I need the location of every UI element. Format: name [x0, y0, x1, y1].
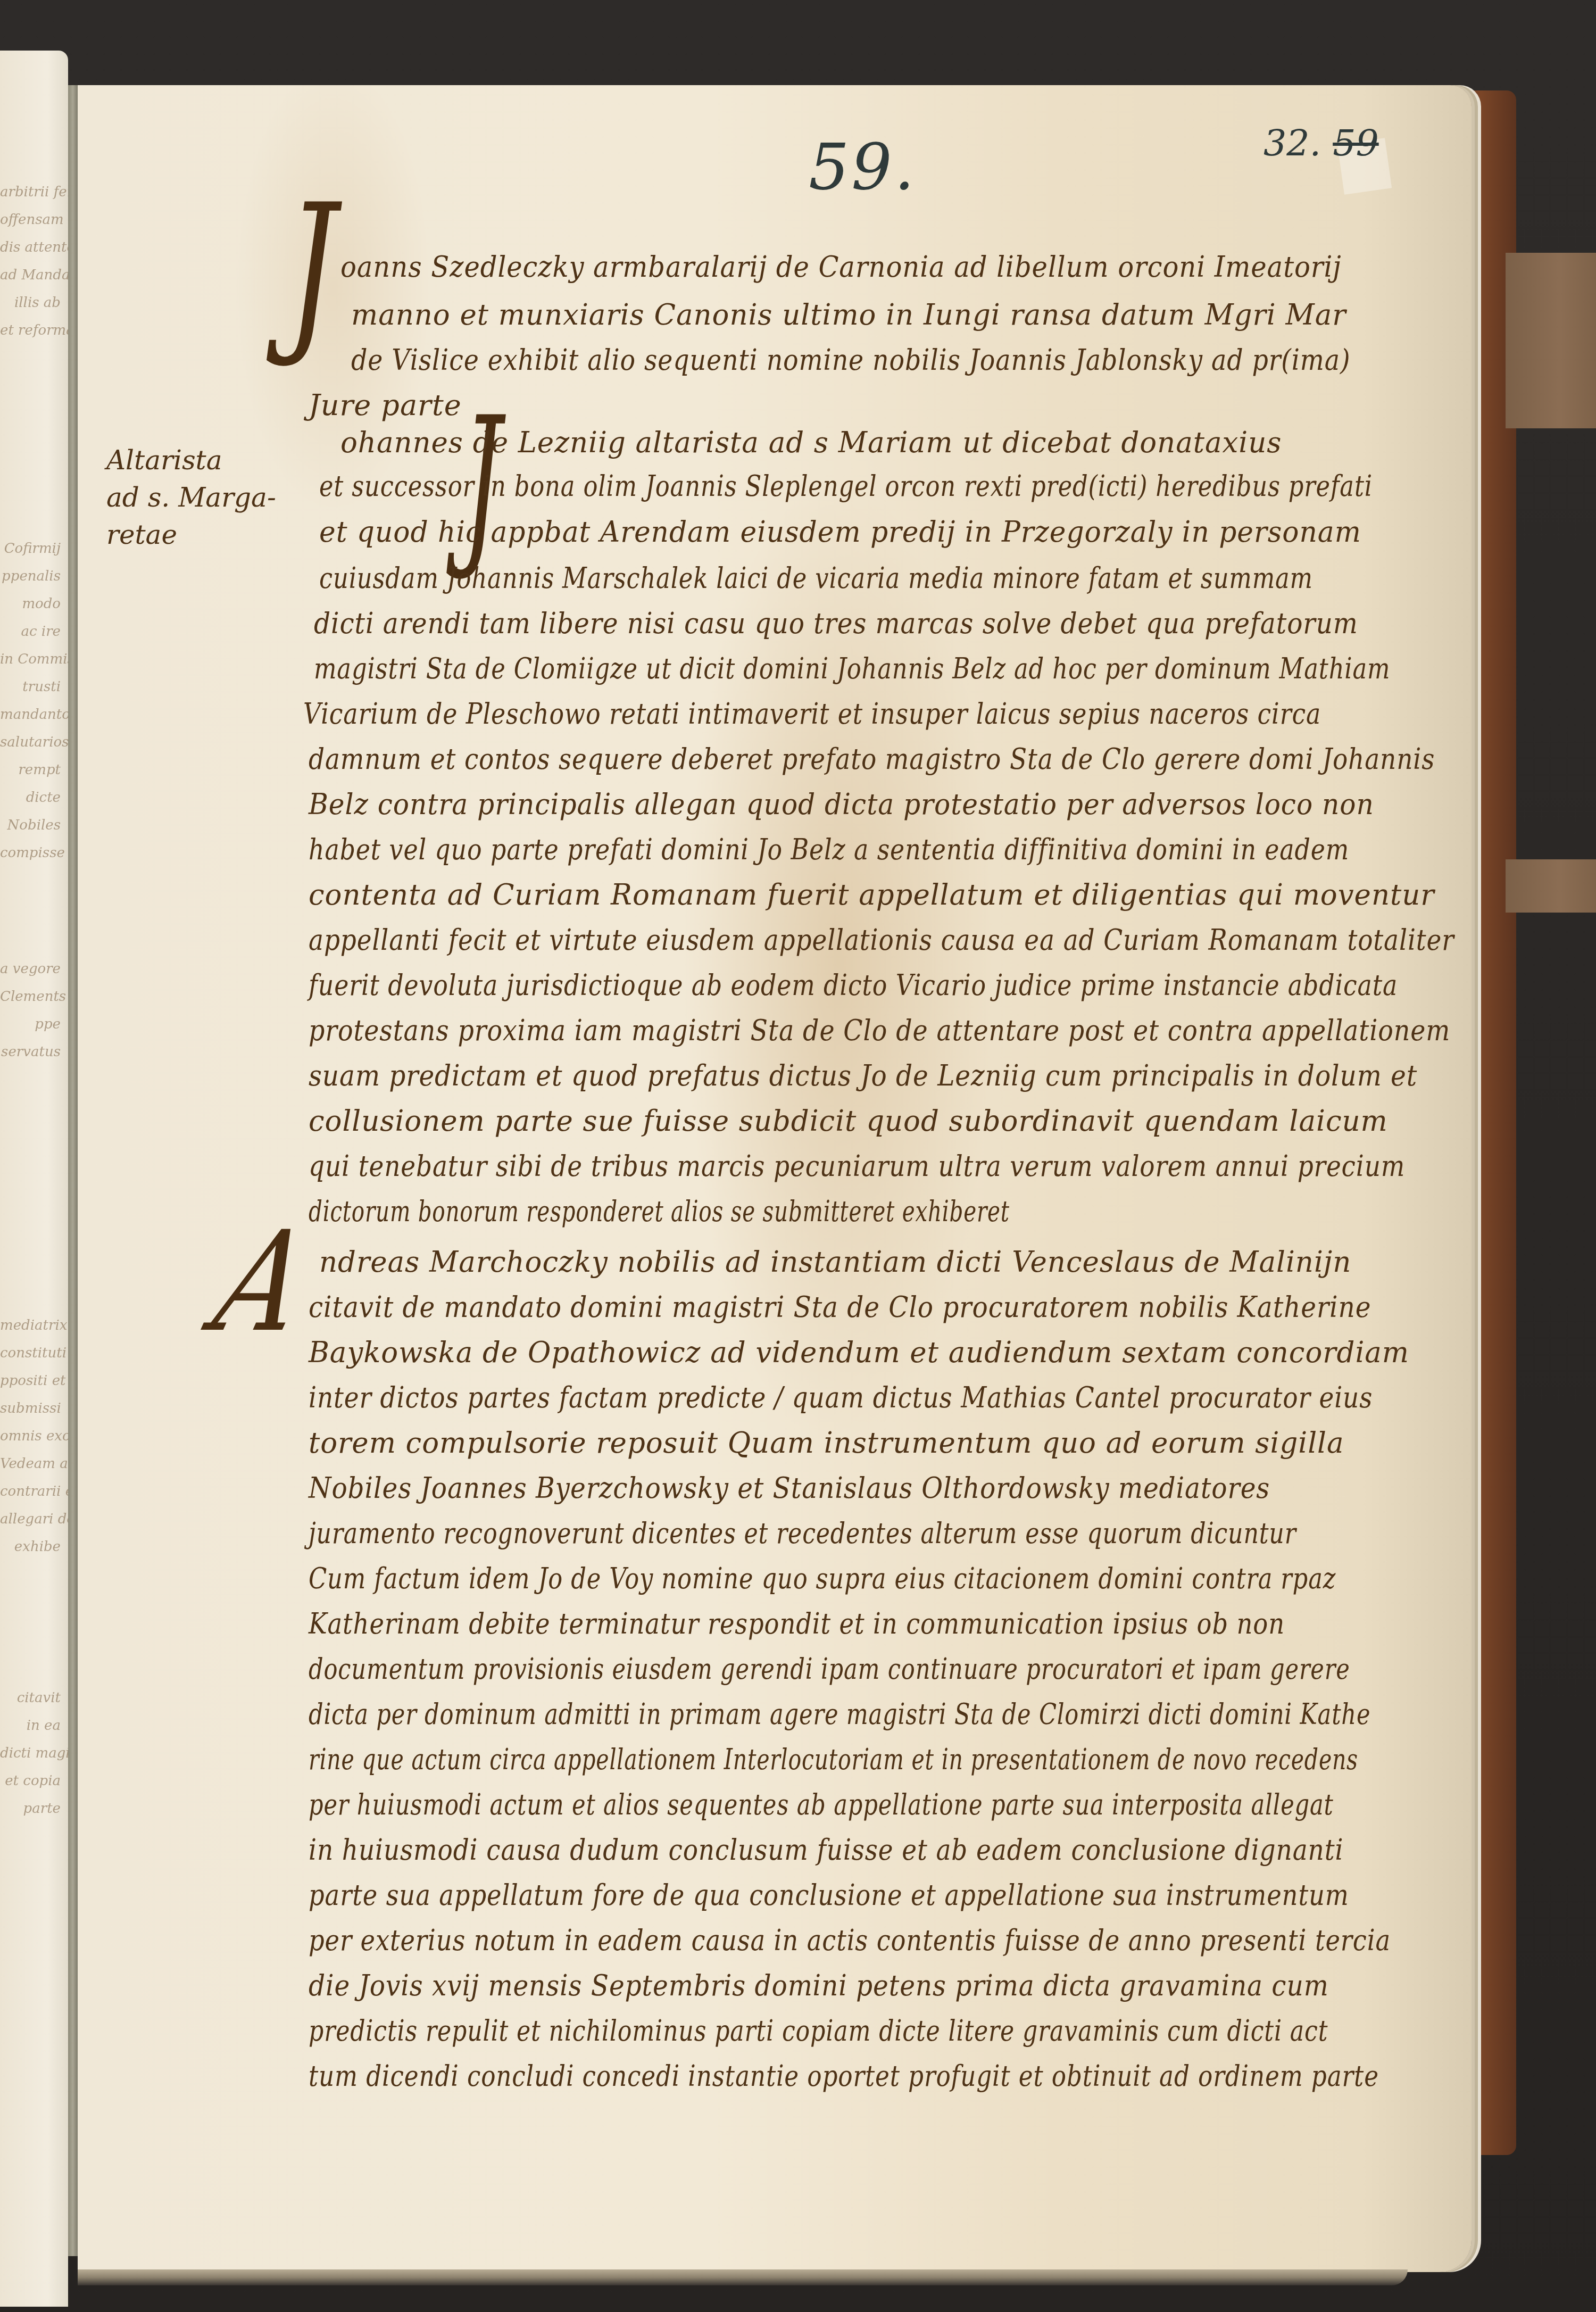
entry-1-line: manno et munxiaris Canonis ultimo in Iun…	[351, 298, 1346, 332]
entry-2-line: damnum et contos sequere deberet prefato…	[309, 742, 1435, 776]
entry-3-line: parte sua appellatum fore de qua conclus…	[309, 1878, 1349, 1912]
entry-2-line: appellanti fecit et virtute eiusdem appe…	[309, 923, 1454, 957]
corner-folio-numbers: 32.59	[1263, 122, 1379, 164]
entry-2-line: dicti arendi tam libere nisi casu quo tr…	[314, 607, 1358, 640]
margin-note: Altarista ad s. Marga- retae	[106, 442, 287, 553]
cloth-tab-upper	[1506, 253, 1596, 428]
entry-2-line: suam predictam et quod prefatus dictus J…	[309, 1059, 1417, 1092]
entry-2-line: cuiusdam Johannis Marschalek laici de vi…	[319, 561, 1313, 595]
entry-2-line: ohannes de Lezniig altarista ad s Mariam…	[340, 426, 1282, 459]
left-page-bleed-foot: citavit in ea dicti magistri et copia pa…	[0, 1684, 68, 1822]
entry-1-initial: J	[287, 181, 337, 357]
page-stack-bottom-edge	[78, 2269, 1408, 2285]
entry-2-line: et quod hic appbat Arendam eiusdem predi…	[319, 515, 1361, 549]
entry-3-line: Nobiles Joannes Byerzchowsky et Stanisla…	[309, 1471, 1270, 1505]
entry-3-line: Katherinam debite terminatur respondit e…	[309, 1607, 1285, 1640]
entry-2-line: et successor in bona olim Joannis Sleple…	[319, 469, 1373, 503]
entry-3-line: per exterius notum in eadem causa in act…	[309, 1924, 1391, 1957]
left-page-bleed-top: arbitrii ferde offensam et dis attento a…	[0, 178, 68, 344]
entry-3-line: die Jovis xvij mensis Septembris domini …	[309, 1969, 1329, 2002]
left-page-edge: arbitrii ferde offensam et dis attento a…	[0, 51, 68, 2307]
cloth-tab-lower	[1506, 859, 1596, 913]
entry-2-line: magistri Sta de Clomiigze ut dicit domin…	[314, 652, 1390, 685]
entry-2-line: qui tenebatur sibi de tribus marcis pecu…	[309, 1149, 1405, 1183]
entry-3-line: predictis repulit et nichilominus parti …	[309, 2014, 1328, 2048]
entry-2-line: contenta ad Curiam Romanam fuerit appell…	[309, 878, 1435, 911]
entry-3-line: juramento recognoverunt dicentes et rece…	[309, 1517, 1296, 1550]
entry-3-line: inter dictos partes factam predicte / qu…	[309, 1381, 1373, 1414]
entry-3-line: rine que actum circa appellationem Inter…	[309, 1743, 1358, 1776]
entry-3-line: tum dicendi concludi concedi instantie o…	[309, 2059, 1379, 2093]
entry-2-line: dictorum bonorum responderet alios se su…	[309, 1195, 1010, 1228]
book-gutter	[68, 85, 78, 2256]
entry-3-line: per huiusmodi actum et alios sequentes a…	[309, 1788, 1334, 1821]
entry-3-line: Baykowska de Opathowicz ad videndum et a…	[309, 1336, 1409, 1369]
entry-3-line: in huiusmodi causa dudum conclusum fuiss…	[309, 1833, 1343, 1867]
entry-2-line: Belz contra principalis allegan quod dic…	[309, 788, 1374, 821]
entry-1-line: oanns Szedleczky armbaralarij de Carnoni…	[340, 250, 1342, 284]
entry-3-line: documentum provisionis eiusdem gerendi i…	[309, 1652, 1350, 1686]
entry-3-line: dicta per dominum admitti in primam ager…	[309, 1697, 1370, 1731]
entry-3-line: Cum factum idem Jo de Voy nomine quo sup…	[309, 1562, 1336, 1595]
entry-1-line: de Vislice exhibit alio sequenti nomine …	[351, 343, 1350, 377]
entry-2-line: protestans proxima iam magistri Sta de C…	[309, 1014, 1450, 1047]
left-page-bleed-lower: a vegore Clements ppe servatus	[0, 955, 68, 1066]
entry-3-line: ndreas Marchoczky nobilis ad instantiam …	[319, 1245, 1351, 1279]
entry-2-line: fuerit devoluta jurisdictioque ab eodem …	[309, 968, 1398, 1002]
folio-number: 59.	[809, 130, 917, 204]
entry-3-line: citavit de mandato domini magistri Sta d…	[309, 1290, 1371, 1324]
folio-current: 32.	[1263, 122, 1321, 164]
entry-3-line: torem compulsorie reposuit Quam instrume…	[309, 1426, 1344, 1460]
entry-2-line: collusionem parte sue fuisse subdicit qu…	[309, 1104, 1388, 1138]
folio-struck: 59	[1333, 122, 1379, 164]
left-page-bleed-middle: Cofirmij ppenalis modo ac ire in Commis …	[0, 535, 68, 867]
entry-1-line: Jure parte	[309, 388, 462, 422]
entry-2-line: Vicarium de Pleschowo retati intimaverit…	[303, 697, 1321, 731]
entry-2-line: habet vel quo parte prefati domini Jo Be…	[309, 833, 1349, 866]
left-page-bleed-bottom: mediatrix constituti ppositi et submissi…	[0, 1312, 68, 1561]
